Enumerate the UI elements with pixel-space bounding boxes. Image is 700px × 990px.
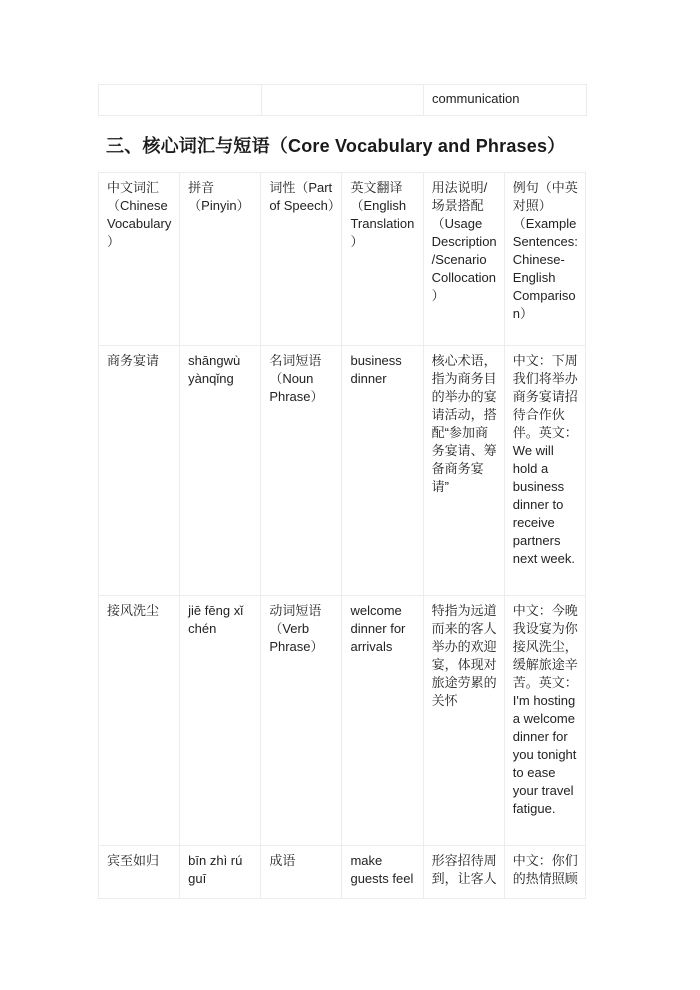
cell-usage: 形容招待周到，让客人 bbox=[423, 846, 504, 899]
header-usage: 用法说明/场景搭配（Usage Description/Scenario Col… bbox=[423, 173, 504, 346]
vocabulary-table: 中文词汇（Chinese Vocabulary） 拼音（Pinyin） 词性（P… bbox=[98, 172, 586, 899]
header-pinyin: 拼音（Pinyin） bbox=[180, 173, 261, 346]
cell-example: 中文：你们的热情照顾 bbox=[504, 846, 585, 899]
cell-example: 中文：今晚我设宴为你接风洗尘，缓解旅途辛苦。英文：I'm hosting a w… bbox=[504, 596, 585, 846]
table-row: 接风洗尘 jiē fēng xǐ chén 动词短语（Verb Phrase） … bbox=[99, 596, 586, 846]
cell-usage: 特指为远道而来的客人举办的欢迎宴，体现对旅途劳累的关怀 bbox=[423, 596, 504, 846]
cell-chinese: 商务宴请 bbox=[99, 346, 180, 596]
cell-chinese: 接风洗尘 bbox=[99, 596, 180, 846]
cell-pinyin: jiē fēng xǐ chén bbox=[180, 596, 261, 846]
cell-chinese: 宾至如归 bbox=[99, 846, 180, 899]
cell-english: welcome dinner for arrivals bbox=[342, 596, 423, 846]
header-pos: 词性（Part of Speech） bbox=[261, 173, 342, 346]
cell-pos: 成语 bbox=[261, 846, 342, 899]
table-cell: communication bbox=[424, 85, 587, 116]
header-chinese: 中文词汇（Chinese Vocabulary） bbox=[99, 173, 180, 346]
cell-pos: 动词短语（Verb Phrase） bbox=[261, 596, 342, 846]
cell-english: make guests feel bbox=[342, 846, 423, 899]
table-header-row: 中文词汇（Chinese Vocabulary） 拼音（Pinyin） 词性（P… bbox=[99, 173, 586, 346]
table-row: 商务宴请 shāngwù yànqǐng 名词短语（Noun Phrase） b… bbox=[99, 346, 586, 596]
header-english: 英文翻译（English Translation） bbox=[342, 173, 423, 346]
cell-pinyin: shāngwù yànqǐng bbox=[180, 346, 261, 596]
section-heading: 三、核心词汇与短语（Core Vocabulary and Phrases） bbox=[106, 132, 565, 158]
table-cell bbox=[262, 85, 424, 116]
cell-pos: 名词短语（Noun Phrase） bbox=[261, 346, 342, 596]
cell-usage: 核心术语，指为商务目的举办的宴请活动，搭配“参加商务宴请、筹备商务宴请” bbox=[423, 346, 504, 596]
table-row: 宾至如归 bīn zhì rú guī 成语 make guests feel … bbox=[99, 846, 586, 899]
cell-example: 中文：下周我们将举办商务宴请招待合作伙伴。英文：We will hold a b… bbox=[504, 346, 585, 596]
cell-english: business dinner bbox=[342, 346, 423, 596]
header-example: 例句（中英对照）（Example Sentences: Chinese-Engl… bbox=[504, 173, 585, 346]
table-row: communication bbox=[99, 85, 587, 116]
cell-pinyin: bīn zhì rú guī bbox=[180, 846, 261, 899]
table-cell bbox=[99, 85, 262, 116]
previous-table-fragment: communication bbox=[98, 84, 587, 116]
